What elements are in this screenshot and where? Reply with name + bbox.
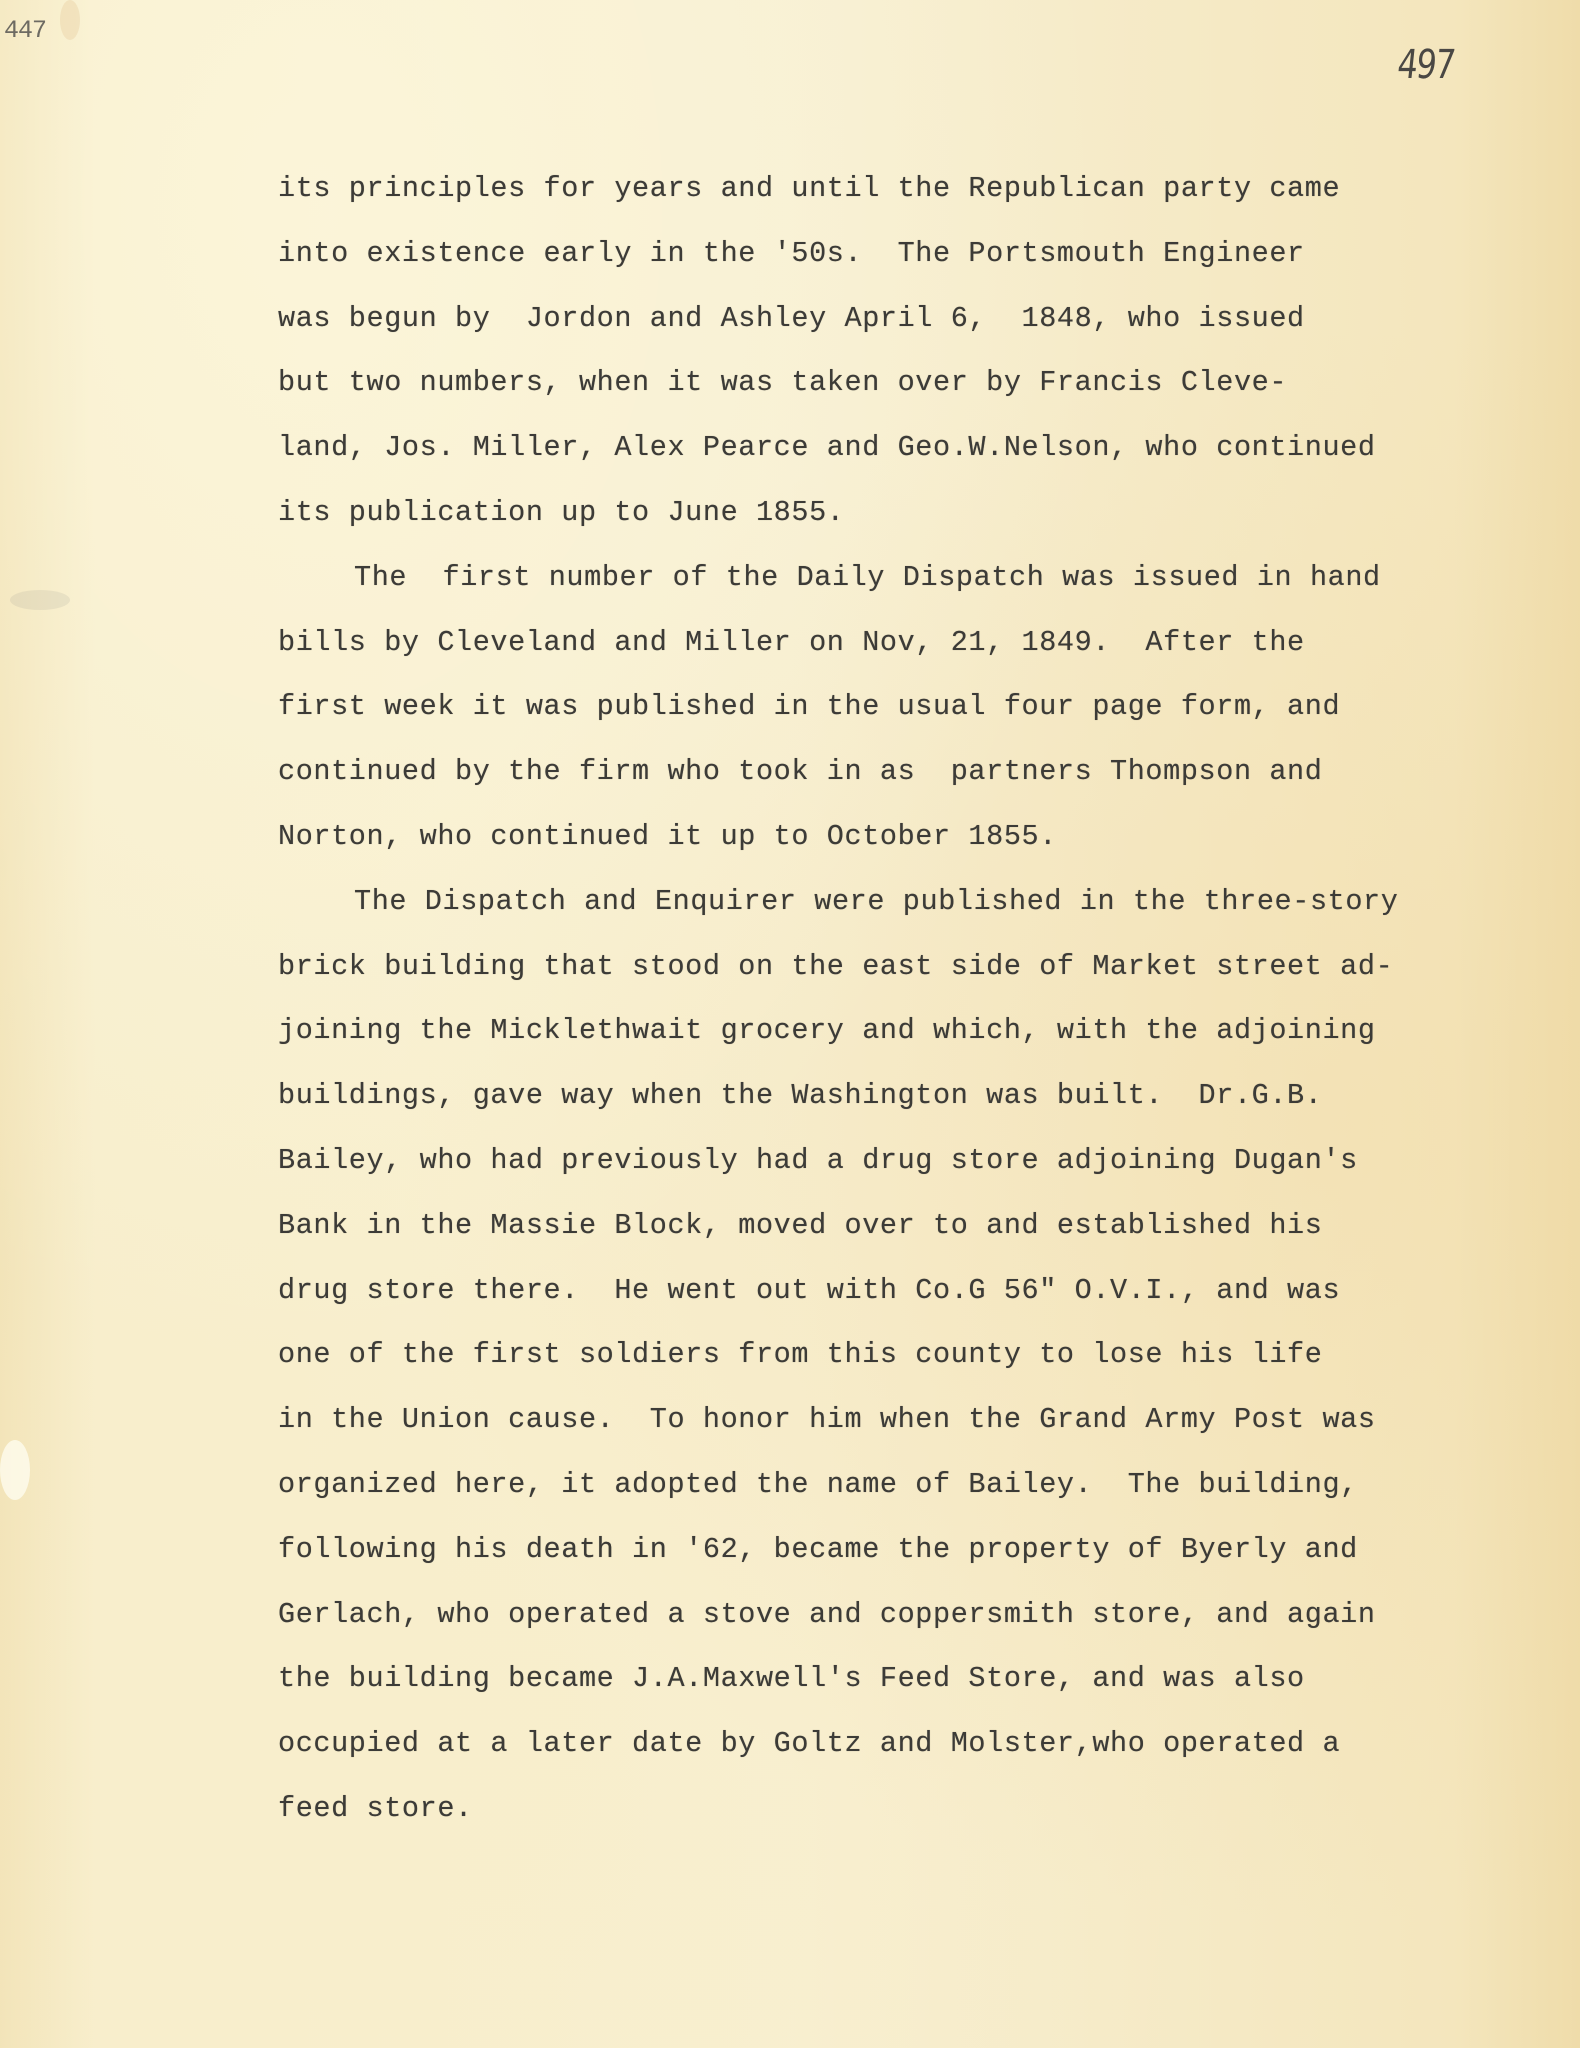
text-line: one of the first soldiers from this coun…	[278, 1323, 1518, 1388]
text-line: following his death in '62, became the p…	[278, 1518, 1518, 1583]
text-line: the building became J.A.Maxwell's Feed S…	[278, 1647, 1518, 1712]
paragraph: The Dispatch and Enquirer were published…	[278, 870, 1518, 1842]
text-line: into existence early in the '50s. The Po…	[278, 222, 1518, 287]
handwritten-page-number: 497	[1395, 42, 1456, 88]
text-line: first week it was published in the usual…	[278, 675, 1518, 740]
typed-page-body: its principles for years and until the R…	[278, 157, 1518, 1842]
text-line: its publication up to June 1855.	[278, 481, 1518, 546]
text-line: land, Jos. Miller, Alex Pearce and Geo.W…	[278, 416, 1518, 481]
text-line: Norton, who continued it up to October 1…	[278, 805, 1518, 870]
text-line: Bank in the Massie Block, moved over to …	[278, 1194, 1518, 1259]
text-line: in the Union cause. To honor him when th…	[278, 1388, 1518, 1453]
paragraph: its principles for years and until the R…	[278, 157, 1518, 546]
text-line: buildings, gave way when the Washington …	[278, 1064, 1518, 1129]
text-line: organized here, it adopted the name of B…	[278, 1453, 1518, 1518]
text-line: drug store there. He went out with Co.G …	[278, 1259, 1518, 1324]
text-line: The Dispatch and Enquirer were published…	[278, 870, 1518, 935]
text-line: its principles for years and until the R…	[278, 157, 1518, 222]
text-line: brick building that stood on the east si…	[278, 935, 1518, 1000]
paragraph: The first number of the Daily Dispatch w…	[278, 546, 1518, 870]
text-line: feed store.	[278, 1777, 1518, 1842]
text-line: Bailey, who had previously had a drug st…	[278, 1129, 1518, 1194]
stamped-page-number: 447	[4, 16, 46, 45]
text-line: continued by the firm who took in as par…	[278, 740, 1518, 805]
text-line: The first number of the Daily Dispatch w…	[278, 546, 1518, 611]
paper-stain	[0, 1440, 30, 1500]
text-line: occupied at a later date by Goltz and Mo…	[278, 1712, 1518, 1777]
text-line: but two numbers, when it was taken over …	[278, 351, 1518, 416]
paper-stain	[60, 0, 80, 40]
text-line: bills by Cleveland and Miller on Nov, 21…	[278, 611, 1518, 676]
text-line: was begun by Jordon and Ashley April 6, …	[278, 287, 1518, 352]
paper-stain	[10, 590, 70, 610]
text-line: joining the Micklethwait grocery and whi…	[278, 999, 1518, 1064]
text-line: Gerlach, who operated a stove and copper…	[278, 1583, 1518, 1648]
